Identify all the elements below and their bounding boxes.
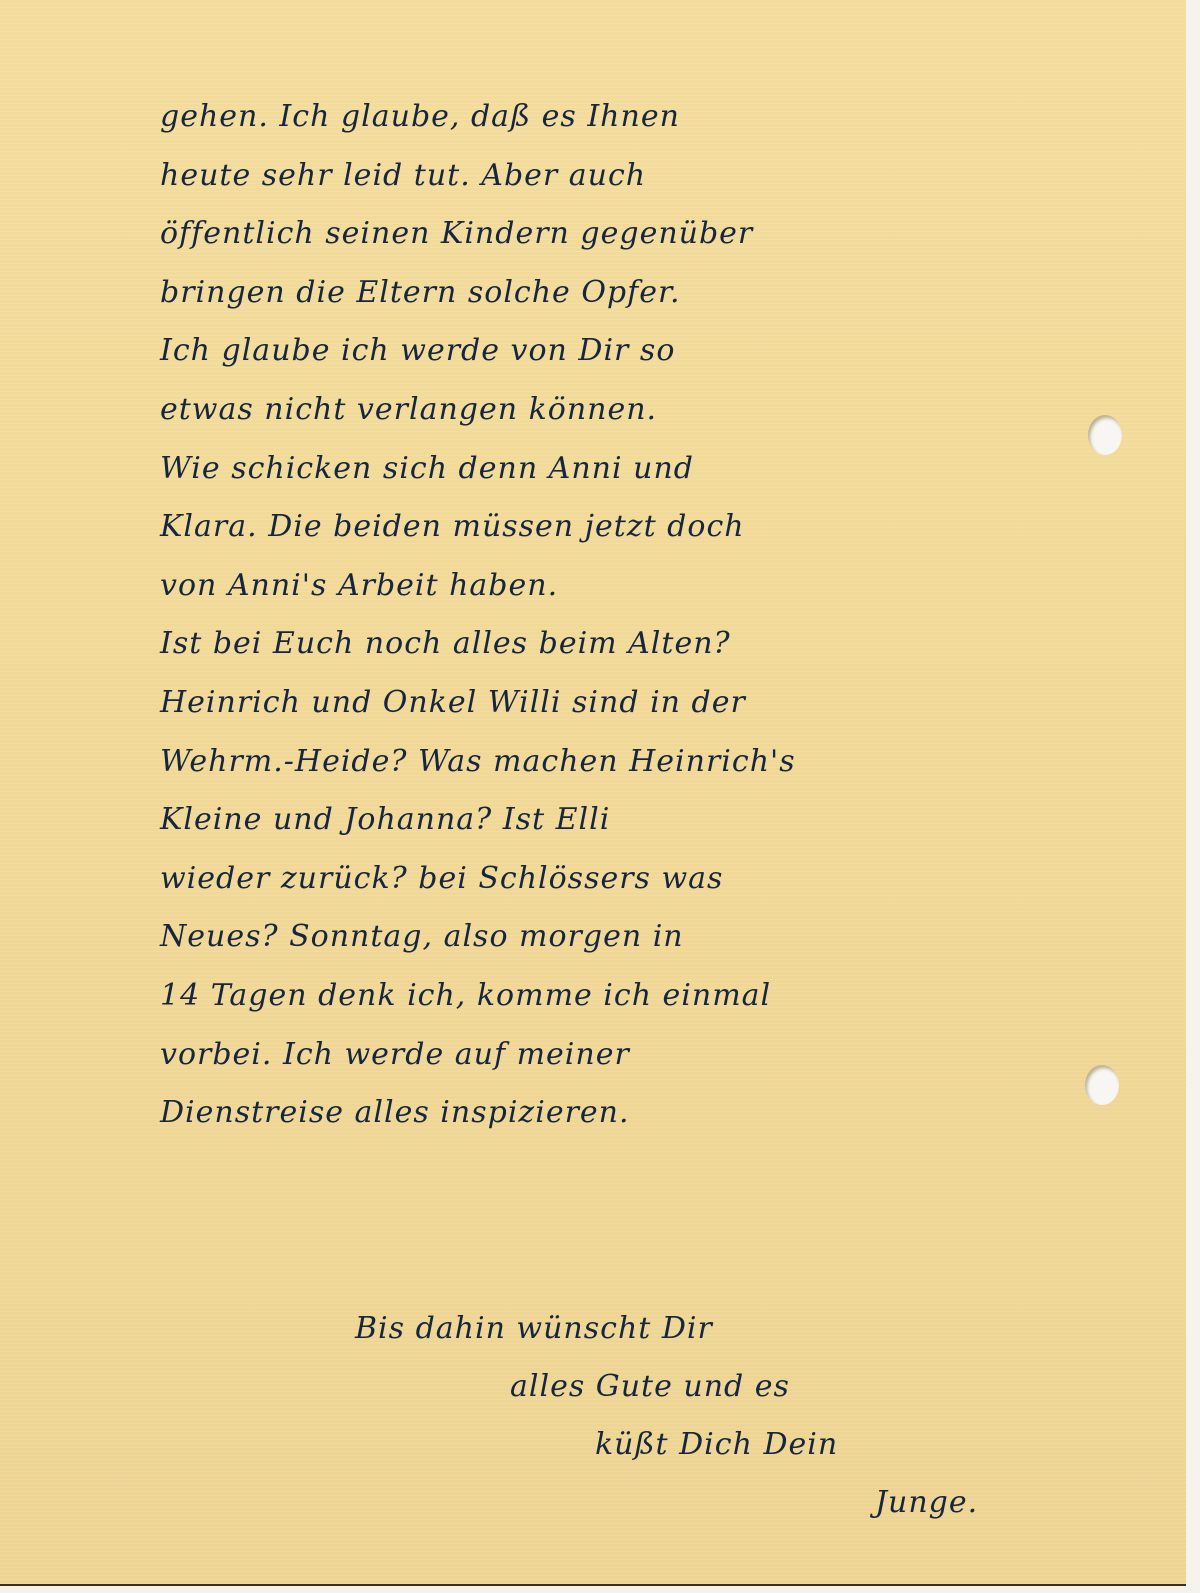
closing-line: küßt Dich Dein [355,1416,978,1474]
body-line: Wehrm.-Heide? Was machen Heinrich's [160,733,1140,792]
body-line: Wie schicken sich denn Anni und [160,440,1140,499]
body-line: Klara. Die beiden müssen jetzt doch [160,498,1140,557]
body-line: wieder zurück? bei Schlössers was [160,850,1140,909]
letter-page: gehen. Ich glaube, daß es Ihnen heute se… [0,0,1186,1586]
signature: Junge. [355,1474,978,1532]
body-line: bringen die Eltern solche Opfer. [160,264,1140,323]
body-line: Ist bei Euch noch alles beim Alten? [160,615,1140,674]
closing-line: Bis dahin wünscht Dir [355,1300,978,1358]
body-line: etwas nicht verlangen können. [160,381,1140,440]
letter-closing: Bis dahin wünscht Dir alles Gute und es … [355,1300,978,1532]
body-line: Kleine und Johanna? Ist Elli [160,791,1140,850]
body-line: Dienstreise alles inspizieren. [160,1084,1140,1143]
letter-body: gehen. Ich glaube, daß es Ihnen heute se… [160,88,1140,1143]
body-line: heute sehr leid tut. Aber auch [160,147,1140,206]
body-line: 14 Tagen denk ich, komme ich einmal [160,967,1140,1026]
body-line: Heinrich und Onkel Willi sind in der [160,674,1140,733]
closing-line: alles Gute und es [355,1358,978,1416]
body-line: Neues? Sonntag, also morgen in [160,908,1140,967]
body-line: Ich glaube ich werde von Dir so [160,322,1140,381]
body-line: vorbei. Ich werde auf meiner [160,1026,1140,1085]
body-line: von Anni's Arbeit haben. [160,557,1140,616]
body-line: öffentlich seinen Kindern gegenüber [160,205,1140,264]
body-line: gehen. Ich glaube, daß es Ihnen [160,88,1140,147]
